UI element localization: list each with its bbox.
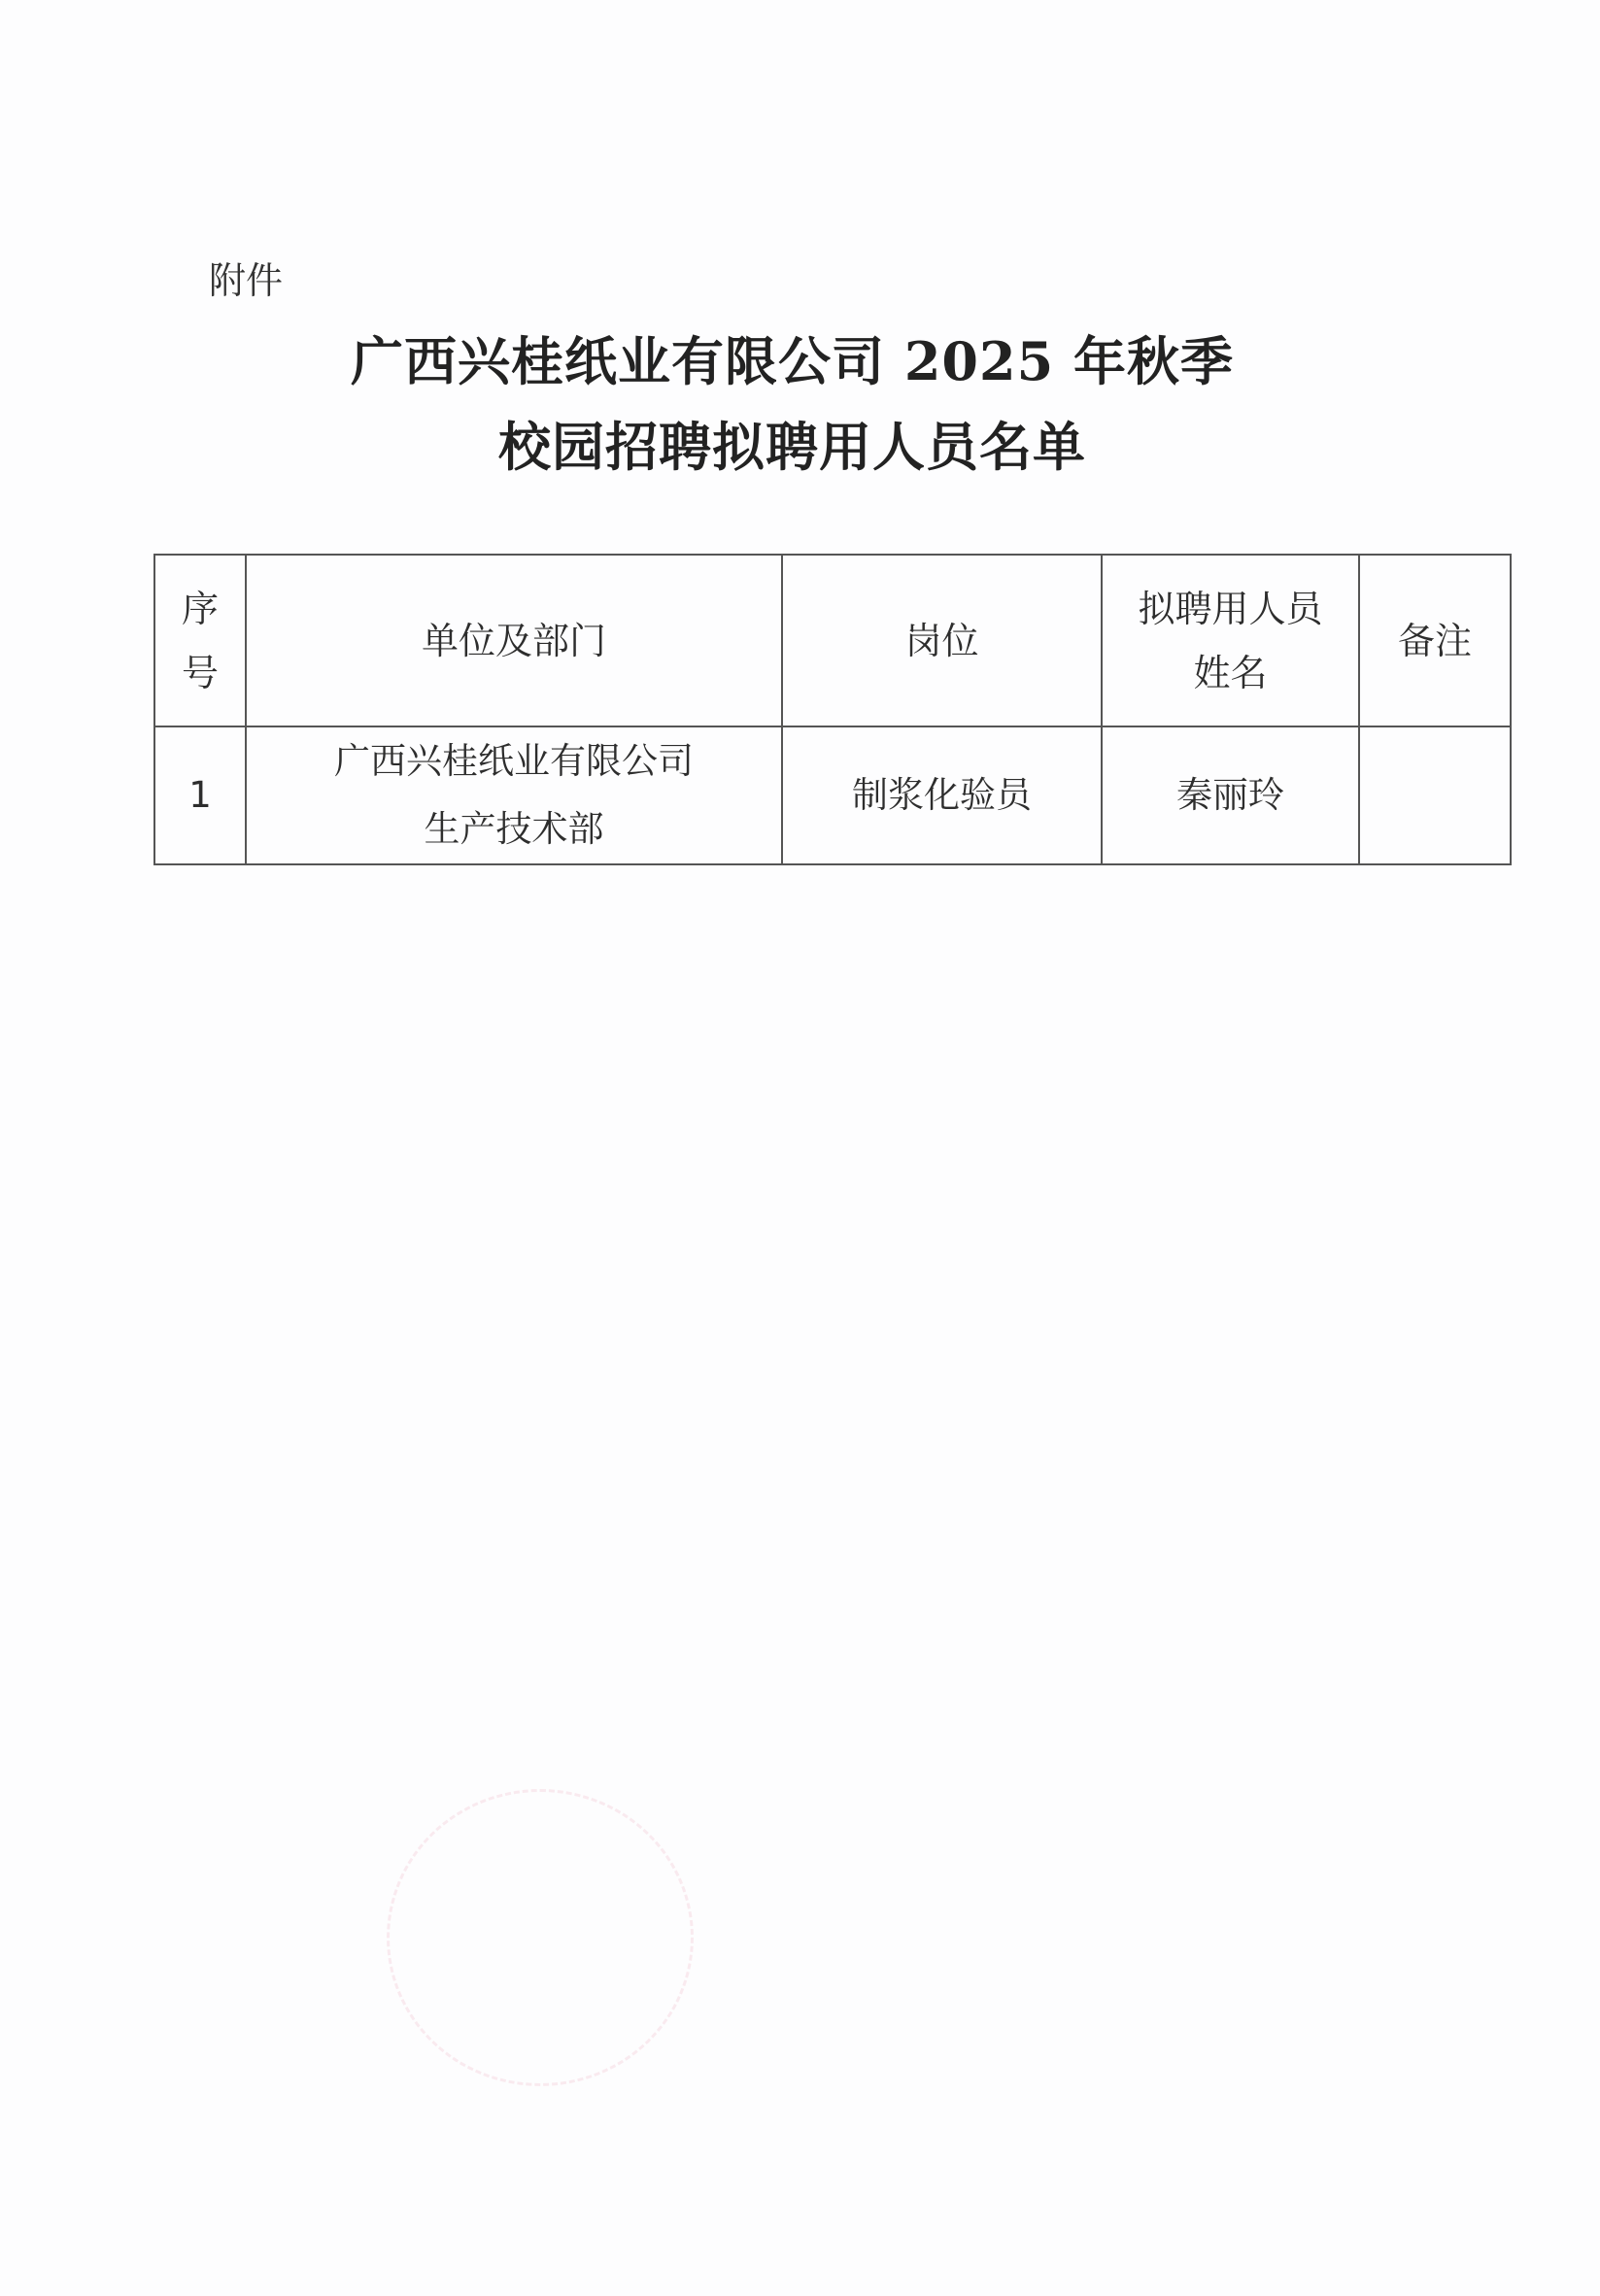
header-name-line1: 拟聘用人员 [1103, 577, 1358, 641]
cell-unit-line2: 生产技术部 [247, 795, 781, 863]
header-name-line2: 姓名 [1103, 641, 1358, 705]
document-title-line1: 广西兴桂纸业有限公司 2025 年秋季 [0, 321, 1592, 395]
attachment-label: 附件 [209, 251, 283, 304]
cell-position: 制浆化验员 [782, 726, 1102, 864]
table-header-row: 序 号 单位及部门 岗位 拟聘用人员 姓名 备注 [154, 555, 1511, 726]
header-seq-line1: 序 [155, 577, 245, 641]
header-unit: 单位及部门 [246, 555, 782, 726]
cell-unit-line1: 广西兴桂纸业有限公司 [247, 727, 781, 795]
hiring-roster-table: 序 号 单位及部门 岗位 拟聘用人员 姓名 备注 1 广西兴桂纸业有限公司 生产… [153, 554, 1512, 865]
header-seq: 序 号 [154, 555, 246, 726]
cell-remark [1359, 726, 1511, 864]
header-seq-line2: 号 [155, 641, 245, 705]
table-row: 1 广西兴桂纸业有限公司 生产技术部 制浆化验员 秦丽玲 [154, 726, 1511, 864]
cell-unit: 广西兴桂纸业有限公司 生产技术部 [246, 726, 782, 864]
cell-seq: 1 [154, 726, 246, 864]
cell-name: 秦丽玲 [1102, 726, 1359, 864]
header-position: 岗位 [782, 555, 1102, 726]
header-remark: 备注 [1359, 555, 1511, 726]
faded-seal-stamp [387, 1789, 694, 2086]
header-name: 拟聘用人员 姓名 [1102, 555, 1359, 726]
document-title-line2: 校园招聘拟聘用人员名单 [0, 406, 1592, 481]
